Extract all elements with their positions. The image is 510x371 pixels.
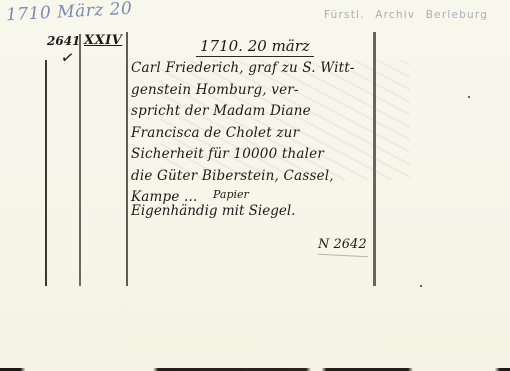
faint-stroke bbox=[318, 254, 368, 258]
date-heading: 1710. 20 märz bbox=[196, 37, 314, 57]
speck bbox=[420, 285, 422, 287]
rule-line-2 bbox=[79, 34, 81, 286]
rule-line-3 bbox=[126, 32, 128, 286]
text-line: die Güter Biberstein, Cassel, bbox=[131, 166, 376, 188]
text-line: spricht der Madam Diane bbox=[131, 101, 376, 123]
text-line: Sicherheit für 10000 thaler bbox=[131, 144, 376, 166]
signature-note: Eigenhändig mit Siegel. bbox=[131, 203, 295, 219]
index-card: 1710 März 20 Fürstl. Archiv Berleburg 26… bbox=[0, 0, 510, 371]
pencil-annotation: 1710 März 20 bbox=[6, 0, 133, 25]
entry-number: 2641 bbox=[47, 34, 80, 48]
text-line: Francisca de Cholet zur bbox=[131, 123, 376, 145]
reference-number: N 2642 bbox=[318, 237, 367, 252]
archive-stamp: Fürstl. Archiv Berleburg bbox=[324, 9, 488, 21]
handwritten-text: Carl Friederich, graf zu S. Witt- genste… bbox=[131, 58, 376, 209]
volume-number: XXIV bbox=[84, 33, 122, 48]
text-line: genstein Homburg, ver- bbox=[131, 80, 376, 102]
material-note: Papier bbox=[213, 188, 249, 201]
rule-line-1 bbox=[45, 60, 47, 286]
checkmark-icon: ✓ bbox=[59, 47, 76, 68]
speck bbox=[468, 96, 470, 98]
text-line: Carl Friederich, graf zu S. Witt- bbox=[131, 58, 376, 80]
